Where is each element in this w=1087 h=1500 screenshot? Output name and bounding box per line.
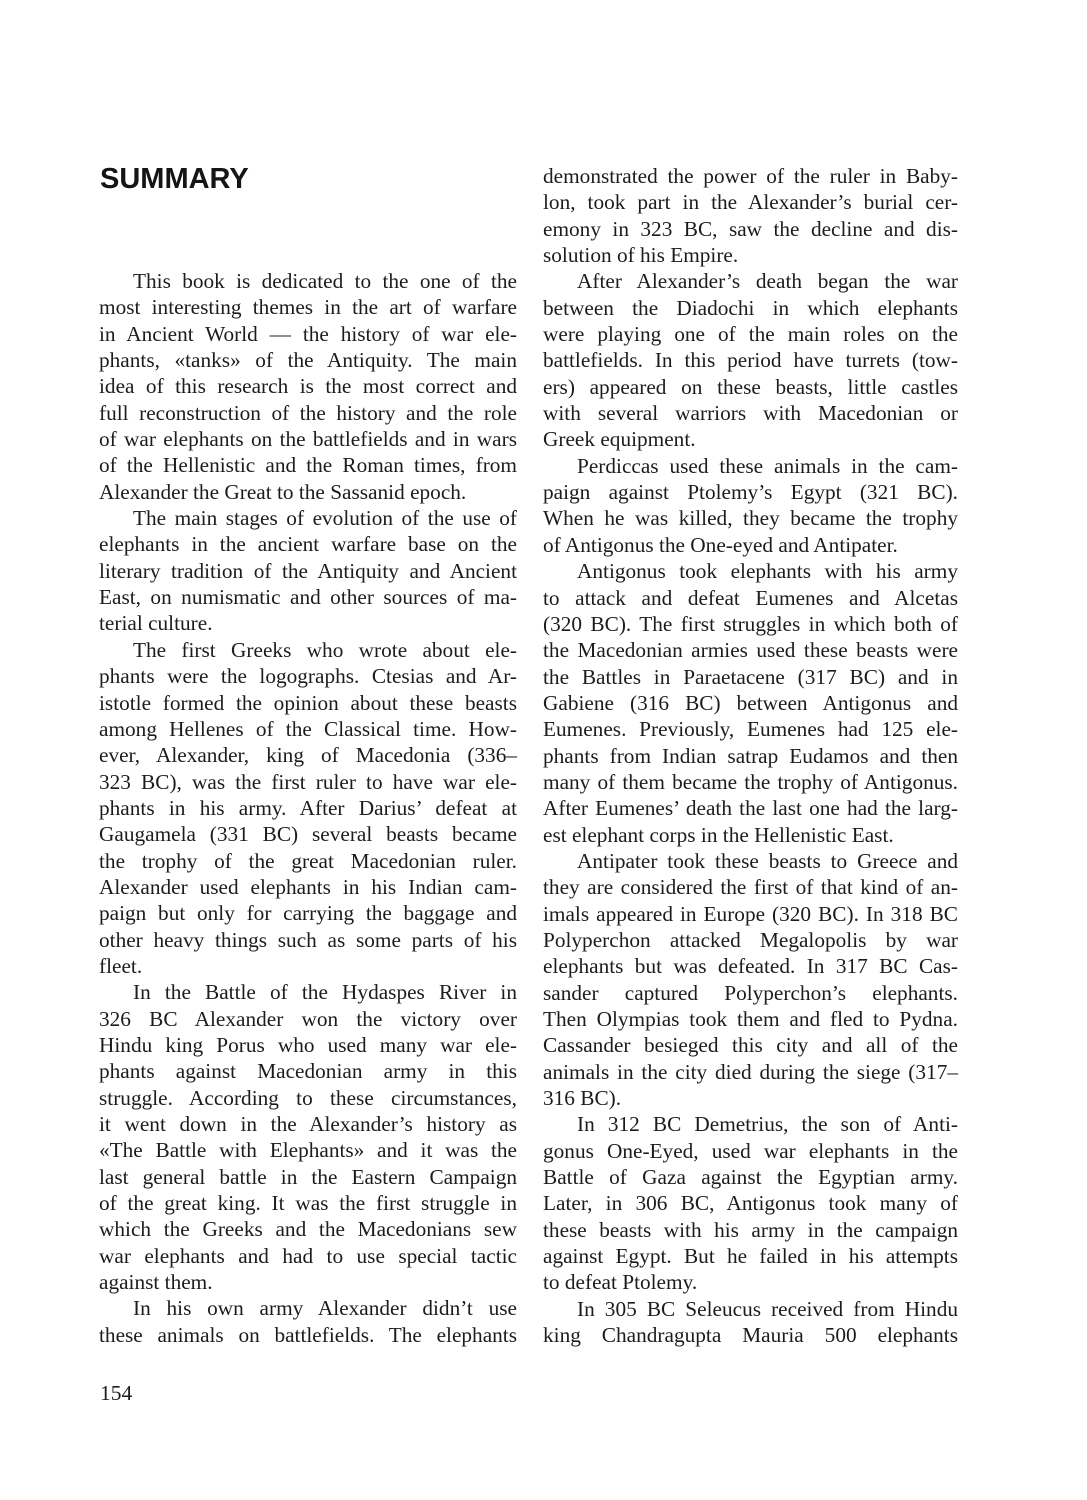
text-line: In 305 BC Seleucus received from Hindu <box>543 1296 958 1322</box>
paragraph: After Alexander’s death began the warbet… <box>543 268 958 452</box>
text-line: This book is dedicated to the one of the <box>99 268 517 294</box>
paragraph: Antigonus took elephants with his armyto… <box>543 558 958 848</box>
text-line: ers) appeared on these beasts, little ca… <box>543 374 958 400</box>
page-number: 154 <box>100 1380 132 1406</box>
text-line: Then Olympias took them and fled to Pydn… <box>543 1006 958 1032</box>
paragraph: Perdiccas used these animals in the cam-… <box>543 453 958 558</box>
paragraph: The first Greeks who wrote about ele-pha… <box>99 637 517 979</box>
text-line: struggle. According to these circumstanc… <box>99 1085 517 1111</box>
text-line: est elephant corps in the Hellenistic Ea… <box>543 822 958 848</box>
text-line: of the great king. It was the first stru… <box>99 1190 517 1216</box>
text-line: terial culture. <box>99 610 517 636</box>
text-line: these animals on battlefields. The eleph… <box>99 1322 517 1348</box>
text-line: Alexander the Great to the Sassanid epoc… <box>99 479 517 505</box>
text-line: of war elephants on the battlefields and… <box>99 426 517 452</box>
text-line: 316 BC). <box>543 1085 958 1111</box>
text-line: most interesting themes in the art of wa… <box>99 294 517 320</box>
text-line: the trophy of the great Macedonian ruler… <box>99 848 517 874</box>
text-line: were playing one of the main roles on th… <box>543 321 958 347</box>
text-line: Perdiccas used these animals in the cam- <box>543 453 958 479</box>
text-line: istotle formed the opinion about these b… <box>99 690 517 716</box>
text-line: war elephants and had to use special tac… <box>99 1243 517 1269</box>
text-line: Polyperchon attacked Megalopolis by war <box>543 927 958 953</box>
text-line: Greek equipment. <box>543 426 958 452</box>
paragraph: In his own army Alexander didn’t usethes… <box>99 1295 517 1348</box>
text-line: East, on numismatic and other sources of… <box>99 584 517 610</box>
text-line: phants, «tanks» of the Antiquity. The ma… <box>99 347 517 373</box>
text-line: After Alexander’s death began the war <box>543 268 958 294</box>
text-line: idea of this research is the most correc… <box>99 373 517 399</box>
text-line: sander captured Polyperchon’s elephants. <box>543 980 958 1006</box>
text-line: of Antigonus the One-eyed and Antipater. <box>543 532 958 558</box>
text-line: last general battle in the Eastern Campa… <box>99 1164 517 1190</box>
text-line: literary tradition of the Antiquity and … <box>99 558 517 584</box>
text-line: Hindu king Porus who used many war ele- <box>99 1032 517 1058</box>
text-line: these beasts with his army in the campai… <box>543 1217 958 1243</box>
text-line: to attack and defeat Eumenes and Alcetas <box>543 585 958 611</box>
text-line: phants against Macedonian army in this <box>99 1058 517 1084</box>
text-line: elephants but was defeated. In 317 BC Ca… <box>543 953 958 979</box>
text-line: gonus One-Eyed, used war elephants in th… <box>543 1138 958 1164</box>
text-line: which the Greeks and the Macedonians sew <box>99 1216 517 1242</box>
text-line: solution of his Empire. <box>543 242 958 268</box>
text-line: animals in the city died during the sieg… <box>543 1059 958 1085</box>
paragraph: demonstrated the power of the ruler in B… <box>543 163 958 268</box>
text-line: with several warriors with Macedonian or <box>543 400 958 426</box>
text-line: In the Battle of the Hydaspes River in <box>99 979 517 1005</box>
text-line: fleet. <box>99 953 517 979</box>
text-line: among Hellenes of the Classical time. Ho… <box>99 716 517 742</box>
text-line: Antipater took these beasts to Greece an… <box>543 848 958 874</box>
text-line: After Eumenes’ death the last one had th… <box>543 795 958 821</box>
text-line: the Battles in Paraetacene (317 BC) and … <box>543 664 958 690</box>
text-line: the Macedonian armies used these beasts … <box>543 637 958 663</box>
text-line: phants from Indian satrap Eudamos and th… <box>543 743 958 769</box>
paragraph: In the Battle of the Hydaspes River in32… <box>99 979 517 1295</box>
text-line: In his own army Alexander didn’t use <box>99 1295 517 1321</box>
text-line: Gabiene (316 BC) between Antigonus and <box>543 690 958 716</box>
text-line: against Egypt. But he failed in his atte… <box>543 1243 958 1269</box>
text-line: In 312 BC Demetrius, the son of Anti- <box>543 1111 958 1137</box>
text-line: demonstrated the power of the ruler in B… <box>543 163 958 189</box>
paragraph: Antipater took these beasts to Greece an… <box>543 848 958 1111</box>
paragraph: This book is dedicated to the one of the… <box>99 268 517 505</box>
text-line: full reconstruction of the history and t… <box>99 400 517 426</box>
text-line: (320 BC). The first struggles in which b… <box>543 611 958 637</box>
text-line: phants in his army. After Darius’ defeat… <box>99 795 517 821</box>
text-line: king Chandragupta Mauria 500 elephants <box>543 1322 958 1348</box>
text-line: of the Hellenistic and the Roman times, … <box>99 452 517 478</box>
text-line: elephants in the ancient warfare base on… <box>99 531 517 557</box>
text-line: it went down in the Alexander’s history … <box>99 1111 517 1137</box>
text-line: Eumenes. Previously, Eumenes had 125 ele… <box>543 716 958 742</box>
text-line: 326 BC Alexander won the victory over <box>99 1006 517 1032</box>
text-line: Later, in 306 BC, Antigonus took many of <box>543 1190 958 1216</box>
text-line: ever, Alexander, king of Macedonia (336– <box>99 742 517 768</box>
text-line: to defeat Ptolemy. <box>543 1269 958 1295</box>
book-page: SUMMARY This book is dedicated to the on… <box>0 0 1087 1500</box>
text-line: battlefields. In this period have turret… <box>543 347 958 373</box>
text-line: Gaugamela (331 BC) several beasts became <box>99 821 517 847</box>
text-line: The main stages of evolution of the use … <box>99 505 517 531</box>
text-line: Battle of Gaza against the Egyptian army… <box>543 1164 958 1190</box>
text-line: phants were the logographs. Ctesias and … <box>99 663 517 689</box>
paragraph: In 305 BC Seleucus received from Hinduki… <box>543 1296 958 1349</box>
paragraph: The main stages of evolution of the use … <box>99 505 517 637</box>
text-line: against them. <box>99 1269 517 1295</box>
text-line: Antigonus took elephants with his army <box>543 558 958 584</box>
text-line: lon, took part in the Alexander’s burial… <box>543 189 958 215</box>
text-line: The first Greeks who wrote about ele- <box>99 637 517 663</box>
text-line: other heavy things such as some parts of… <box>99 927 517 953</box>
text-line: many of them became the trophy of Antigo… <box>543 769 958 795</box>
text-line: Cassander besieged this city and all of … <box>543 1032 958 1058</box>
text-line: When he was killed, they became the trop… <box>543 505 958 531</box>
left-text-column: This book is dedicated to the one of the… <box>99 268 517 1348</box>
text-line: «The Battle with Elephants» and it was t… <box>99 1137 517 1163</box>
paragraph: In 312 BC Demetrius, the son of Anti-gon… <box>543 1111 958 1295</box>
right-text-column: demonstrated the power of the ruler in B… <box>543 163 958 1348</box>
text-line: paign against Ptolemy’s Egypt (321 BC). <box>543 479 958 505</box>
text-line: 323 BC), was the first ruler to have war… <box>99 769 517 795</box>
text-line: imals appeared in Europe (320 BC). In 31… <box>543 901 958 927</box>
text-line: they are considered the first of that ki… <box>543 874 958 900</box>
text-line: Alexander used elephants in his Indian c… <box>99 874 517 900</box>
text-line: emony in 323 BC, saw the decline and dis… <box>543 216 958 242</box>
summary-heading: SUMMARY <box>100 165 249 194</box>
text-line: paign but only for carrying the baggage … <box>99 900 517 926</box>
text-line: in Ancient World — the history of war el… <box>99 321 517 347</box>
text-line: between the Diadochi in which elephants <box>543 295 958 321</box>
